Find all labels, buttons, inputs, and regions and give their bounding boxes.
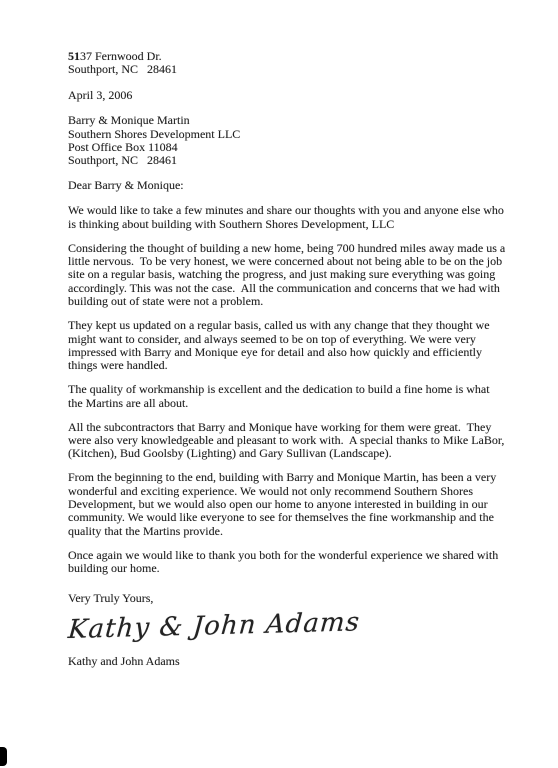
paragraph-subcontractors: All the subcontractors that Barry and Mo… — [68, 421, 506, 461]
recipient-po-box: Post Office Box 11084 — [68, 141, 506, 154]
paragraph-recommendation: From the beginning to the end, building … — [68, 471, 506, 538]
sender-address-line1: 5137 Fernwood Dr. — [68, 50, 506, 63]
letter-page: 5137 Fernwood Dr. Southport, NC 28461 Ap… — [0, 0, 558, 768]
sender-address-line1-rest: 37 Fernwood Dr. — [80, 49, 162, 63]
recipient-address-block: Barry & Monique Martin Southern Shores D… — [68, 114, 506, 168]
date-line: April 3, 2006 — [68, 89, 506, 102]
typed-signature-name: Kathy and John Adams — [68, 655, 506, 668]
sender-address-block: 5137 Fernwood Dr. Southport, NC 28461 — [68, 50, 506, 77]
paragraph-quality: The quality of workmanship is excellent … — [68, 383, 506, 410]
sender-address-line2: Southport, NC 28461 — [68, 63, 506, 76]
salutation: Dear Barry & Monique: — [68, 179, 506, 192]
paragraph-thanks: Once again we would like to thank you bo… — [68, 549, 506, 576]
recipient-name: Barry & Monique Martin — [68, 114, 506, 127]
recipient-company: Southern Shores Development LLC — [68, 128, 506, 141]
paragraph-intro: We would like to take a few minutes and … — [68, 204, 506, 231]
paragraph-updates: They kept us updated on a regular basis,… — [68, 319, 506, 373]
paragraph-considering: Considering the thought of building a ne… — [68, 242, 506, 309]
sender-address-line1-bold: 51 — [68, 49, 80, 63]
scan-artifact-mark — [0, 747, 7, 766]
handwritten-signature: Kathy & John Adams — [66, 598, 509, 653]
recipient-city-state-zip: Southport, NC 28461 — [68, 154, 506, 167]
